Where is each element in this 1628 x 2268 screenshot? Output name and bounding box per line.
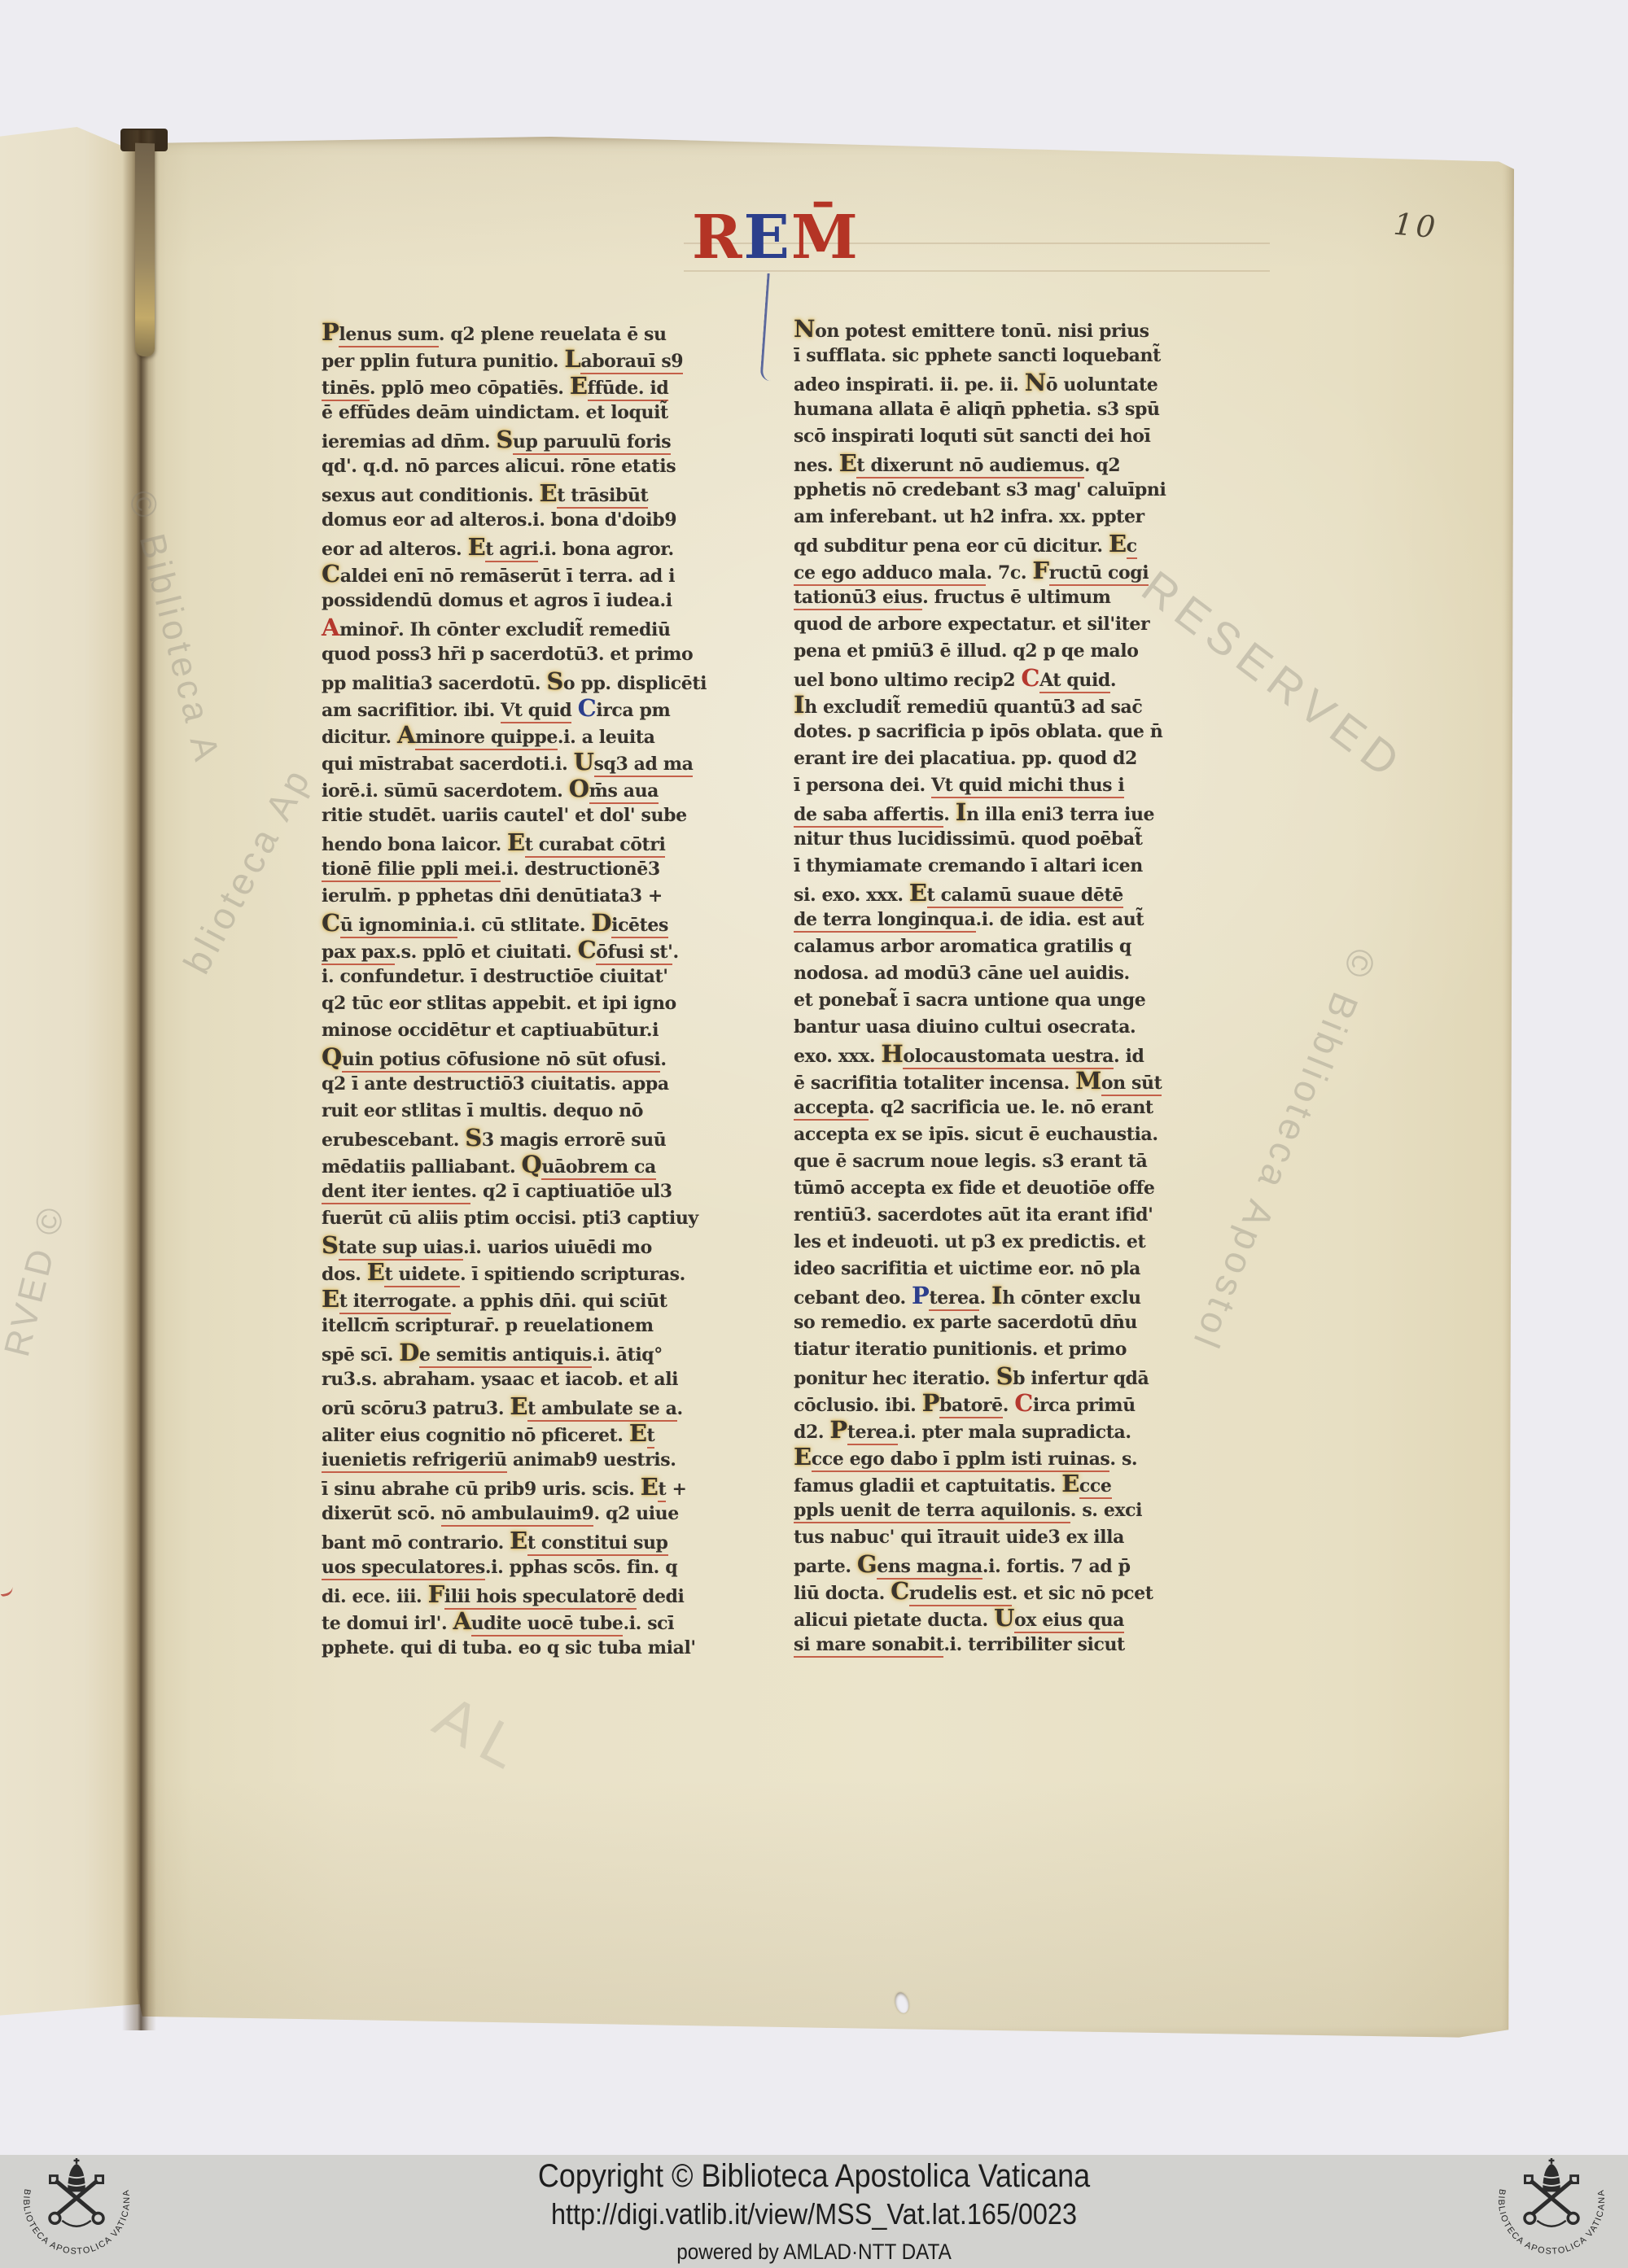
manuscript-line: ce ego adduco mala. 7c. Fructū cogi (794, 557, 1227, 584)
manuscript-line: adeo inspirati. ii. pe. ii. Nō uoluntate (794, 369, 1227, 396)
manuscript-line: nes. Et dixerunt nō audiemus. q2 (794, 450, 1227, 477)
text-column-left: Plenus sum. q2 plene reuelata ē super pp… (322, 319, 755, 1662)
manuscript-line: erant ire dei placatiua. pp. quod d2 (794, 745, 1227, 772)
vatican-library-logo-right: BIBLIOTECA APOSTOLICA VATICANA (1483, 2157, 1620, 2266)
manuscript-line: i. confundetur. ī destructiōe ciuitat' (322, 964, 755, 990)
manuscript-line: dixerūt scō. nō ambulauim9. q2 uiue (322, 1501, 755, 1527)
manuscript-line: rentiū3. sacerdotes aūt ita erant ifid' (794, 1202, 1227, 1229)
manuscript-line: dos. Et uidete. ī spitiendo scripturas. (322, 1259, 755, 1286)
manuscript-line: quod poss3 hr̄i p sacerdotū3. et primo (322, 641, 755, 668)
manuscript-line: ideo sacrifitia et uictime eor. nō pla (794, 1256, 1227, 1283)
manuscript-line: pena et pmiū3 ē illud. q2 p qe malo (794, 638, 1227, 665)
manuscript-line: per pplin futura punitio. Laborauī s9 (322, 346, 755, 373)
manuscript-line: scō inspirati loquti sūt sancti dei hoī (794, 423, 1227, 450)
manuscript-line: Ih excludit̃ remediū quantū3 ad sac̄ (794, 692, 1227, 719)
manuscript-line: qd subditur pena eor cū dicitur. Ec (794, 531, 1227, 557)
manuscript-line: qd'. q.d. nō parces alicui. rōne etatis (322, 453, 755, 480)
manuscript-line: ieremias ad dn̄m. Sup paruulū foris (322, 426, 755, 453)
manuscript-line: ē sacrifitia totaliter incensa. Mon sūt (794, 1068, 1227, 1095)
running-header-letter-r: R (692, 203, 744, 273)
manuscript-line: so remedio. ex parte sacerdotū dn̄u (794, 1309, 1227, 1336)
manuscript-line: d2. Pterea.i. pter mala supradicta. (794, 1417, 1227, 1444)
manuscript-line: pp malitia3 sacerdotū. So pp. displicēti (322, 668, 755, 695)
verso-page-edge (0, 127, 140, 2023)
manuscript-line: parte. Gens magna.i. fortis. 7 ad p̄ (794, 1551, 1227, 1578)
manuscript-line: sexus aut conditionis. Et trāsibūt (322, 480, 755, 507)
manuscript-line: fuerūt cū aliis ptim occisi. pti3 captiu… (322, 1205, 755, 1232)
running-header-letter-m: M̄ (791, 203, 860, 273)
manuscript-line: de saba affertis. In illa eni3 terra iue (794, 799, 1227, 826)
vatican-library-logo-left: BIBLIOTECA APOSTOLICA VATICANA (8, 2157, 145, 2266)
folio-number: 10 (1392, 207, 1440, 246)
manuscript-line: ē effūdes deām uindictam. et loquit̃ (322, 400, 755, 426)
footer-bar: Copyright © Biblioteca Apostolica Vatica… (0, 2155, 1628, 2268)
manuscript-line: pphete. qui di tuba. eo q sic tuba mial' (322, 1635, 755, 1662)
manuscript-line: quod de arbore expectatur. et sil'iter (794, 611, 1227, 638)
manuscript-line: tūmō accepta ex fide et deuotiōe offe (794, 1175, 1227, 1202)
manuscript-line: Quin potius cōfusione nō sūt ofusi. (322, 1044, 755, 1071)
manuscript-line: am sacrifitior. ibi. Vt quid Circa pm (322, 695, 755, 722)
manuscript-line: tiatur iteratio punitionis. et primo (794, 1336, 1227, 1363)
manuscript-line: pphetis nō credebant s3 mag' caluīpni (794, 477, 1227, 504)
manuscript-line: erubescebant. S3 magis errorē suū (322, 1125, 755, 1151)
manuscript-line: famus gladii et captuitatis. Ecce (794, 1470, 1227, 1497)
manuscript-line: dotes. p sacrificia p ipōs oblata. que n… (794, 719, 1227, 745)
manuscript-line: Cū ignominia.i. cū stlitate. Dicētes (322, 910, 755, 937)
manuscript-line: orū scōru3 patru3. Et ambulate se a. (322, 1393, 755, 1420)
manuscript-line: nodosa. ad modū3 cāne uel auidis. (794, 960, 1227, 987)
manuscript-line: liū docta. Crudelis est. et sic nō pcet (794, 1578, 1227, 1605)
manuscript-line: si. exo. xxx. Et calamū suaue dētē (794, 880, 1227, 907)
manuscript-line: Plenus sum. q2 plene reuelata ē su (322, 319, 755, 346)
manuscript-line: ru3.s. abraham. ysaac et iacob. et ali (322, 1366, 755, 1393)
manuscript-line: Et iterrogate. a pphis dn̄i. qui sciūt (322, 1286, 755, 1313)
manuscript-line: humana allata ē aliqn̄ pphetia. s3 spū (794, 396, 1227, 423)
manuscript-line: bantur uasa diuino cultui osecrata. (794, 1014, 1227, 1041)
manuscript-line: aliter eius cognitio nō pficeret. Et (322, 1420, 755, 1447)
manuscript-line: nitur thus lucidissimū. quod poēbat̃ (794, 826, 1227, 853)
manuscript-line: de terra longinqua.i. de idia. est aut̃ (794, 907, 1227, 933)
manuscript-line: ruit eor stlitas ī multis. dequo nō (322, 1098, 755, 1125)
manuscript-line: uos speculatores.i. pphas scōs. fin. q (322, 1554, 755, 1581)
manuscript-line: minose occidētur et captiuabūtur.i (322, 1017, 755, 1044)
manuscript-line: les et indeuoti. ut p3 ex predictis. et (794, 1229, 1227, 1256)
footer-url: http://digi.vatlib.it/view/MSS_Vat.lat.1… (81, 2197, 1547, 2231)
manuscript-line: ierulm̄. p pphetas dn̄i denūtiata3 + (322, 883, 755, 910)
manuscript-line: ppls uenit de terra aquilonis. s. exci (794, 1497, 1227, 1524)
manuscript-line: te domui irl'. Audite uocē tube.i. scī (322, 1608, 755, 1635)
manuscript-line: ī persona dei. Vt quid michi thus i (794, 772, 1227, 799)
manuscript-line: accepta. q2 sacrificia ue. le. nō erant (794, 1095, 1227, 1121)
manuscript-line: pax pax.s. pplō et ciuitati. Cōfusi st'. (322, 937, 755, 964)
manuscript-line: eor ad alteros. Et agri.i. bona agror. (322, 534, 755, 561)
manuscript-line: mēdatiis palliabant. Quāobrem ca (322, 1151, 755, 1178)
scanned-manuscript-viewer: REM̄ 10 Plenus sum. q2 plene reuelata ē … (0, 0, 1628, 2268)
manuscript-line: dent iter ientes. q2 ī captiuatiōe ul3 (322, 1178, 755, 1205)
manuscript-line: Caldei enī nō remāserūt ī terra. ad i (322, 561, 755, 588)
manuscript-line: cōclusio. ibi. Pbatorē. Circa primū (794, 1390, 1227, 1417)
manuscript-line: domus eor ad alteros.i. bona d'doib9 (322, 507, 755, 534)
manuscript-line: tionē filie ppli mei.i. destructionē3 (322, 856, 755, 883)
manuscript-line: ī sufflata. sic pphete sancti loquebant̃ (794, 343, 1227, 369)
manuscript-line: tationū3 eius. fructus ē ultimum (794, 584, 1227, 611)
manuscript-line: iuenietis refrigeriū animab9 uestris. (322, 1447, 755, 1474)
footer-copyright: Copyright © Biblioteca Apostolica Vatica… (81, 2158, 1547, 2195)
manuscript-line: am inferebant. ut h2 infra. xx. ppter (794, 504, 1227, 531)
manuscript-line: si mare sonabit.i. terribiliter sicut (794, 1632, 1227, 1658)
manuscript-line: bant mō contrario. Et constitui sup (322, 1527, 755, 1554)
manuscript-line: ritie studēt. uariis cautel' et dol' sub… (322, 802, 755, 829)
manuscript-line: spē scī. De semitis antiquis.i. ātiq° (322, 1339, 755, 1366)
manuscript-line: tinēs. pplō meo cōpatiēs. Effūde. id (322, 373, 755, 400)
manuscript-line: hendo bona laicor. Et curabat cōtri (322, 829, 755, 856)
manuscript-line: accepta ex se ipīs. sicut ē euchaustia. (794, 1121, 1227, 1148)
manuscript-line: ī sinu abrahe cū prib9 uris. scis. Et + (322, 1474, 755, 1501)
bookmark-tassel (135, 143, 155, 357)
manuscript-line: Non potest emittere tonū. nisi prius (794, 316, 1227, 343)
footer-powered-by: powered by AMLAD·NTT DATA (81, 2240, 1547, 2265)
manuscript-line: possidendū domus et agros ī iudea.i (322, 588, 755, 614)
manuscript-line: iorē.i. sūmū sacerdotem. Om̄s aua (322, 776, 755, 802)
manuscript-line: calamus arbor aromatica gratilis q (794, 933, 1227, 960)
manuscript-line: Ecce ego dabo ī pplm isti ruinas. s. (794, 1444, 1227, 1470)
manuscript-line: ī thymiamate cremando ī altari icen (794, 853, 1227, 880)
manuscript-line: et ponebat̃ ī sacra untione qua unge (794, 987, 1227, 1014)
manuscript-line: itellcm̄ scripturar̄. p reuelationem (322, 1313, 755, 1339)
running-header-letter-e: E (744, 203, 791, 273)
manuscript-line: dicitur. Aminore quippe.i. a leuita (322, 722, 755, 749)
manuscript-line: alicui pietate ducta. Uox eius qua (794, 1605, 1227, 1632)
manuscript-line: uel bono ultimo recip2 CAt quid. (794, 665, 1227, 692)
running-header: REM̄ (692, 205, 860, 270)
manuscript-line: que ē sacrum noue legis. s3 erant tā (794, 1148, 1227, 1175)
manuscript-line: exo. xxx. Holocaustomata uestra. id (794, 1041, 1227, 1068)
text-column-right: Non potest emittere tonū. nisi priusī su… (794, 316, 1227, 1658)
manuscript-line: di. ece. iii. Filii hois speculatorē ded… (322, 1581, 755, 1608)
manuscript-line: qui mīstrabat sacerdoti.i. Usq3 ad ma (322, 749, 755, 776)
manuscript-line: tus nabuc' qui ītrauit uide3 ex illa (794, 1524, 1227, 1551)
manuscript-line: Aminor̄. Ih cōnter excludit̃ remediū (322, 614, 755, 641)
manuscript-line: q2 ī ante destructiō3 ciuitatis. appa (322, 1071, 755, 1098)
manuscript-line: ponitur hec iteratio. Sb infertur qdā (794, 1363, 1227, 1390)
manuscript-line: cebant deo. Pterea. Ih cōnter exclu (794, 1283, 1227, 1309)
manuscript-line: q2 tūc eor stlitas appebit. et ipi igno (322, 990, 755, 1017)
manuscript-line: State sup uias.i. uarios uiuēdi mo (322, 1232, 755, 1259)
